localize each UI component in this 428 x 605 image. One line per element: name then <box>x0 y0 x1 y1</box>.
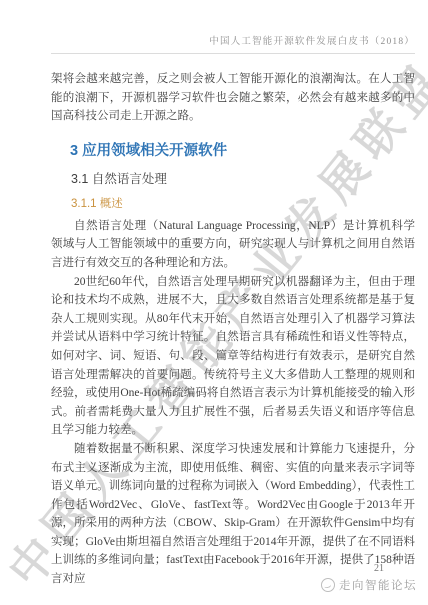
header-rule <box>51 53 415 54</box>
paragraph-nlp-history: 20世纪60年代，自然语言处理早期研究以机器翻译为主，但由于理论和技术均不成熟，… <box>51 273 415 440</box>
document-page: 中国人工智能开源软件发展白皮书（2018） 中国人工智能产业发展联盟 架将会越来… <box>0 0 428 605</box>
running-header-title: 中国人工智能开源软件发展白皮书（2018） <box>0 33 428 47</box>
forum-badge: 走向智能论坛 <box>321 577 417 593</box>
section-heading: 3 应用领域相关开源软件 <box>51 139 415 160</box>
page-number: 21 <box>374 563 384 574</box>
page-body: 架将会越来越完善，反之则会被人工智能开源化的浪潮淘汰。在人工智能的浪潮下，开源机… <box>51 70 415 589</box>
subsection-heading: 3.1 自然语言处理 <box>51 169 415 187</box>
forum-name: 走向智能论坛 <box>339 577 417 593</box>
paragraph-word-embedding: 随着数据量不断积累、深度学习快速发展和计算能力飞速提升，分布式主义逐渐成为主流，… <box>51 440 415 589</box>
paragraph-nlp-definition: 自然语言处理（Natural Language Processing，NLP）是… <box>51 217 415 273</box>
subsubsection-heading: 3.1.1 概述 <box>51 195 415 211</box>
paragraph-continuation: 架将会越来越完善，反之则会被人工智能开源化的浪潮淘汰。在人工智能的浪潮下，开源机… <box>51 70 415 126</box>
forum-logo-icon <box>321 578 335 592</box>
